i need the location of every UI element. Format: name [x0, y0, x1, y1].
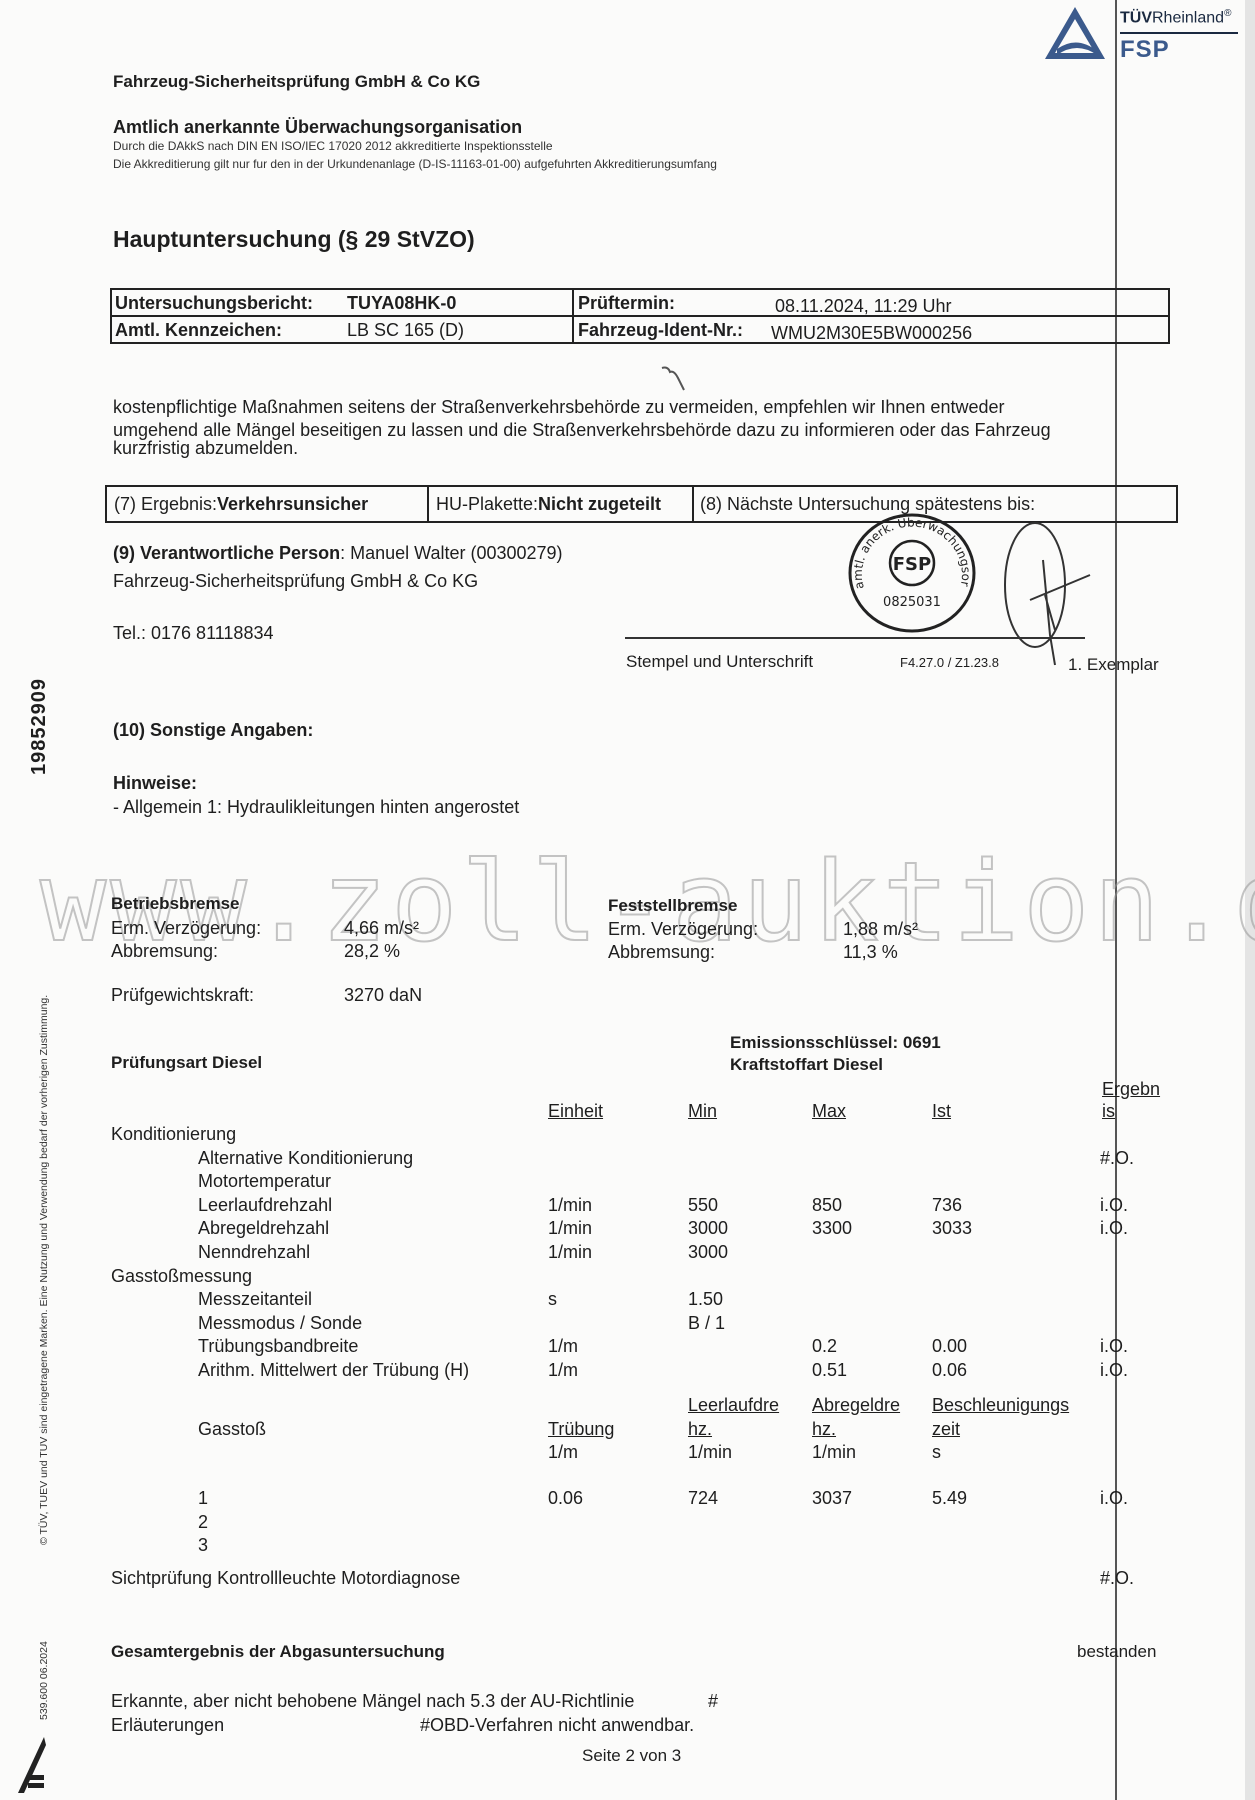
- plate-value: LB SC 165 (D): [344, 317, 464, 342]
- row-label: Arithm. Mittelwert der Trübung (H): [198, 1359, 469, 1381]
- row-result: i.O.: [1100, 1359, 1128, 1381]
- gas-row-accel: 5.49: [932, 1487, 967, 1509]
- parking-decel-value: 1,88 m/s²: [843, 918, 918, 940]
- gas-col1: Trübung: [548, 1418, 614, 1440]
- gas-unit2: 1/min: [688, 1441, 732, 1463]
- gas-col2-1: Leerlaufdre: [688, 1394, 779, 1416]
- hints-title: Hinweise:: [113, 772, 197, 794]
- company-name: Fahrzeug-Sicherheitsprüfung GmbH & Co KG: [113, 72, 480, 92]
- row-min: 1.50: [688, 1288, 723, 1310]
- result-box: (7) Ergebnis: Verkehrsunsicher HU-Plaket…: [105, 485, 1178, 523]
- notes-label: Erläuterungen: [111, 1714, 224, 1736]
- gas-row-result: i.O.: [1100, 1487, 1128, 1509]
- side-form-code: 539.600 06.2024: [38, 1641, 50, 1720]
- tuv-triangle-logo-icon: [1043, 5, 1107, 61]
- date-value: 08.11.2024, 11:29 Uhr: [772, 293, 951, 318]
- notes-value: #OBD-Verfahren nicht anwendbar.: [420, 1714, 694, 1736]
- col-result-header-2: is: [1102, 1100, 1115, 1122]
- row-label: Messzeitanteil: [198, 1288, 312, 1310]
- row-label: Motortemperatur: [198, 1170, 331, 1192]
- org-title: Amtlich anerkannte Überwachungsorganisat…: [113, 116, 522, 138]
- hu-plakette: HU-Plakette: Nicht zugeteilt: [433, 487, 661, 521]
- row-result: i.O.: [1100, 1194, 1128, 1216]
- gas-col3-2: hz.: [812, 1418, 836, 1440]
- parking-braking-value: 11,3 %: [843, 941, 898, 963]
- form-code: F4.27.0 / Z1.23.8: [900, 655, 999, 670]
- row-result: i.O.: [1100, 1335, 1128, 1357]
- row-result: i.O.: [1100, 1217, 1128, 1239]
- row-actual: 3033: [932, 1217, 972, 1239]
- overall-value: bestanden: [1077, 1641, 1156, 1663]
- service-braking-label: Abbremsung:: [111, 940, 218, 962]
- service-decel-value: 4,66 m/s²: [344, 917, 419, 939]
- row-max: 3300: [812, 1217, 852, 1239]
- gas-row-number: 3: [198, 1534, 208, 1556]
- row-max: 850: [812, 1194, 842, 1216]
- visual-check-result: #.O.: [1100, 1567, 1134, 1589]
- parking-decel-label: Erm. Verzögerung:: [608, 918, 758, 940]
- row-label: Messmodus / Sonde: [198, 1312, 362, 1334]
- gas-row-number: 2: [198, 1511, 208, 1533]
- report-info-box: Untersuchungsbericht: TUYA08HK-0 Prüfter…: [110, 288, 1170, 344]
- col-unit-header: Einheit: [548, 1100, 603, 1122]
- gas-row-idle: 724: [688, 1487, 718, 1509]
- report-value: TUYA08HK-0: [344, 290, 456, 315]
- gas-col4-2: zeit: [932, 1418, 960, 1440]
- defects-value: #: [708, 1690, 718, 1712]
- row-unit: 1/m: [548, 1359, 578, 1381]
- service-braking-value: 28,2 %: [344, 940, 400, 962]
- row-min: 3000: [688, 1241, 728, 1263]
- service-brake-title: Betriebsbremse: [111, 894, 240, 914]
- signature-label: Stempel und Unterschrift: [626, 652, 813, 672]
- side-number: 19852909: [28, 678, 51, 775]
- gas-col2-2: hz.: [688, 1418, 712, 1440]
- date-label: Prüftermin:: [575, 290, 675, 315]
- col-result-header-1: Ergebn: [1102, 1078, 1160, 1100]
- responsible-person: (9) Verantwortliche Person: Manuel Walte…: [113, 542, 563, 564]
- plate-label: Amtl. Kennzeichen:: [112, 317, 282, 342]
- other-info-title: (10) Sonstige Angaben:: [113, 719, 313, 741]
- svg-text:amtl. anerk. Überwachungsorgan: amtl. anerk. Überwachungsorganisation: [842, 508, 973, 591]
- row-max: 0.51: [812, 1359, 847, 1381]
- test-force-value: 3270 daN: [344, 984, 422, 1006]
- responsible-company: Fahrzeug-Sicherheitsprüfung GmbH & Co KG: [113, 570, 478, 592]
- hint-item: - Allgemein 1: Hydraulikleitungen hinten…: [113, 796, 519, 818]
- responsible-phone: Tel.: 0176 81118834: [113, 622, 273, 644]
- row-actual: 0.00: [932, 1335, 967, 1357]
- test-force-label: Prüfgewichtskraft:: [111, 984, 254, 1006]
- fuel-type: Kraftstoffart Diesel: [730, 1055, 883, 1075]
- side-copyright: © TÜV, TUEV und TUV sind eingetragene Ma…: [38, 995, 50, 1545]
- svg-text:0825031: 0825031: [883, 595, 941, 610]
- parking-brake-title: Feststellbremse: [608, 896, 737, 916]
- fsp-brand: FSP: [1120, 36, 1170, 64]
- notice-line-1: kostenpflichtige Maßnahmen seitens der S…: [113, 396, 1004, 418]
- gas-row-cutoff: 3037: [812, 1487, 852, 1509]
- vin-label: Fahrzeug-Ident-Nr.:: [575, 317, 743, 342]
- row-max: 0.2: [812, 1335, 837, 1357]
- gas-label: Gasstoß: [198, 1418, 266, 1440]
- row-label: Trübungsbandbreite: [198, 1335, 358, 1357]
- official-stamp-icon: FSP 0825031 amtl. anerk. Überwachungsorg…: [842, 508, 982, 638]
- service-decel-label: Erm. Verzögerung:: [111, 917, 261, 939]
- overall-label: Gesamtergebnis der Abgasuntersuchung: [111, 1642, 445, 1662]
- row-min: 550: [688, 1194, 718, 1216]
- test-type: Prüfungsart Diesel: [111, 1053, 262, 1073]
- row-actual: 736: [932, 1194, 962, 1216]
- row-actual: 0.06: [932, 1359, 967, 1381]
- accreditation-line-2: Die Akkreditierung gilt nur fur den in d…: [113, 157, 717, 172]
- accreditation-line-1: Durch die DAkkS nach DIN EN ISO/IEC 1702…: [113, 139, 553, 154]
- row-unit: 1/min: [548, 1241, 592, 1263]
- gas-col4-1: Beschleunigungs: [932, 1394, 1069, 1416]
- page-number: Seite 2 von 3: [582, 1745, 681, 1767]
- row-label: Alternative Konditionierung: [198, 1147, 413, 1169]
- row-label: Konditionierung: [111, 1123, 236, 1145]
- copy-label: 1. Exemplar: [1068, 655, 1159, 675]
- page-title: Hauptuntersuchung (§ 29 StVZO): [113, 226, 475, 253]
- col-max-header: Max: [812, 1100, 846, 1122]
- row-label: Nenndrehzahl: [198, 1241, 310, 1263]
- row-unit: 1/min: [548, 1194, 592, 1216]
- row-unit: s: [548, 1288, 557, 1310]
- tuv-brand: TÜVRheinland®: [1120, 8, 1231, 27]
- result: (7) Ergebnis: Verkehrsunsicher: [111, 487, 368, 521]
- gas-row-opacity: 0.06: [548, 1487, 583, 1509]
- row-label: Gasstoßmessung: [111, 1265, 252, 1287]
- row-min: B / 1: [688, 1312, 725, 1334]
- row-unit: 1/min: [548, 1217, 592, 1239]
- vin-value: WMU2M30E5BW000256: [768, 320, 972, 345]
- signature-line: [625, 637, 1085, 639]
- row-label: Leerlaufdrehzahl: [198, 1194, 332, 1216]
- row-label: Abregeldrehzahl: [198, 1217, 329, 1239]
- col-min-header: Min: [688, 1100, 717, 1122]
- pen-mark-icon: [660, 364, 690, 394]
- gas-unit1: 1/m: [548, 1441, 578, 1463]
- svg-text:FSP: FSP: [893, 554, 931, 575]
- emission-key: Emissionsschlüssel: 0691: [730, 1033, 941, 1053]
- gas-row-number: 1: [198, 1487, 208, 1509]
- row-min: 3000: [688, 1217, 728, 1239]
- col-actual-header: Ist: [932, 1100, 951, 1122]
- tuv-small-logo-icon: [14, 1735, 48, 1795]
- gas-unit3: 1/min: [812, 1441, 856, 1463]
- gas-col3-1: Abregeldre: [812, 1394, 900, 1416]
- row-result: #.O.: [1100, 1147, 1134, 1169]
- logo-rule: [1120, 32, 1238, 34]
- row-unit: 1/m: [548, 1335, 578, 1357]
- defects-label: Erkannte, aber nicht behobene Mängel nac…: [111, 1690, 634, 1712]
- notice-line-3: kurzfristig abzumelden.: [113, 437, 298, 459]
- visual-check-label: Sichtprüfung Kontrollleuchte Motordiagno…: [111, 1567, 460, 1589]
- report-label: Untersuchungsbericht:: [112, 290, 313, 315]
- parking-braking-label: Abbremsung:: [608, 941, 715, 963]
- gas-unit4: s: [932, 1441, 941, 1463]
